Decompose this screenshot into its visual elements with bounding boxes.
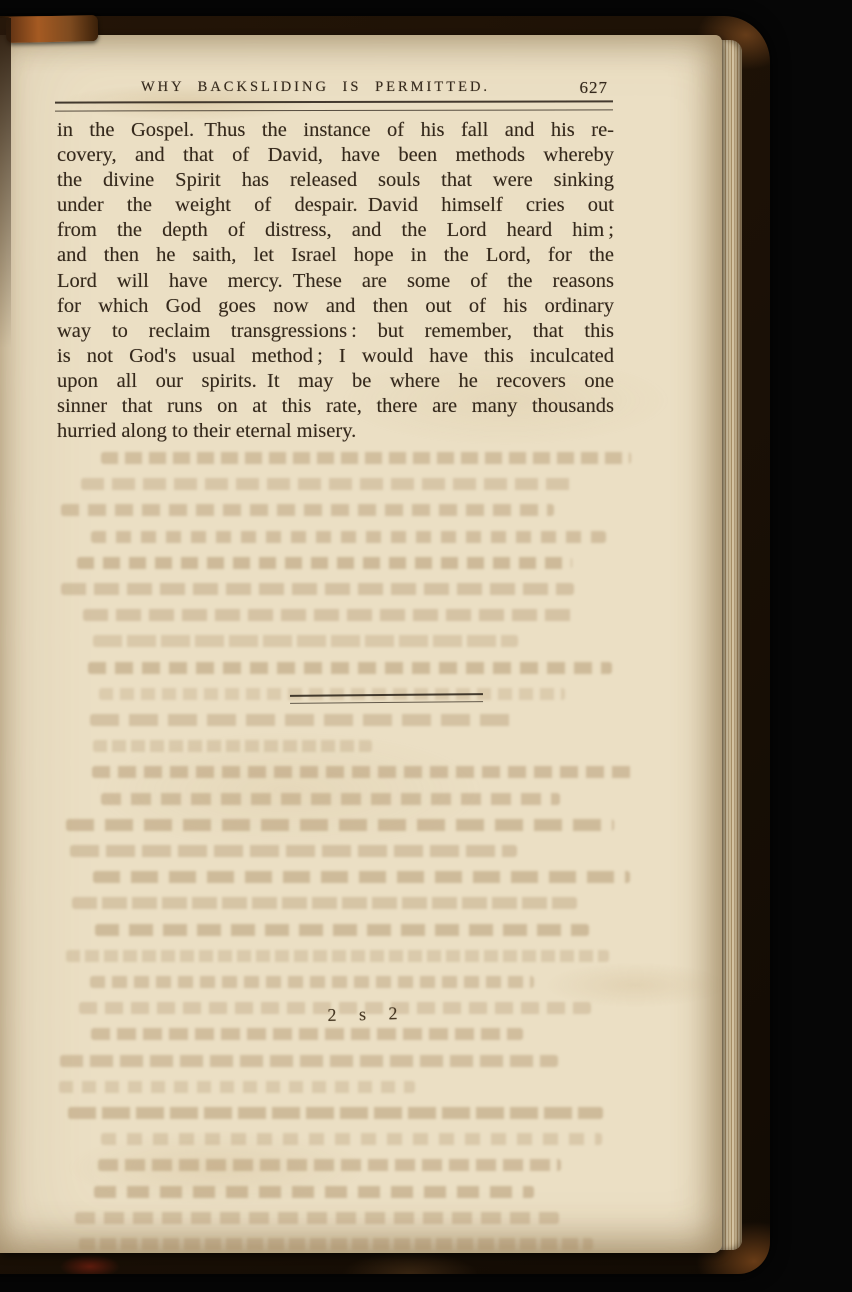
bleedthrough-line — [90, 976, 534, 988]
bleedthrough-line — [61, 504, 553, 516]
body-text-line: way to reclaim transgressions : but reme… — [57, 319, 614, 344]
header-double-rule — [55, 100, 613, 111]
body-text-line: sinner that runs on at this rate, there … — [57, 394, 614, 419]
bleedthrough-line — [75, 1212, 558, 1224]
body-text-line: hurried along to their eternal misery. — [57, 419, 614, 444]
bleedthrough-line — [88, 662, 612, 674]
body-text-line: Lord will have mercy. These are some of … — [57, 269, 614, 294]
running-header: WHY BACKSLIDING IS PERMITTED. 627 — [57, 79, 614, 101]
body-text-line: and then he saith, let Israel hope in th… — [57, 243, 614, 268]
gutter-shadow — [0, 18, 11, 348]
body-text-line: in the Gospel. Thus the instance of his … — [57, 118, 614, 143]
body-text-line: for which God goes now and then out of h… — [57, 294, 614, 319]
bleedthrough-line — [59, 1081, 415, 1093]
cover-corner-wear — [6, 15, 99, 43]
body-text-line: is not God's usual method ; I would have… — [57, 344, 614, 369]
bleedthrough-line — [92, 766, 632, 778]
bleedthrough-line — [83, 609, 574, 621]
bleedthrough-line — [66, 950, 609, 962]
bleedthrough-line — [91, 1028, 523, 1040]
section-divider-rule — [290, 693, 483, 704]
bleedthrough-line — [77, 557, 572, 569]
bleedthrough-line — [61, 583, 574, 595]
bleedthrough-line — [95, 924, 589, 936]
bleedthrough-line — [60, 1055, 558, 1067]
bleedthrough-line — [72, 897, 577, 909]
printers-signature-mark: 2 s 2 — [287, 1002, 447, 1027]
body-text-line: from the depth of distress, and the Lord… — [57, 218, 614, 243]
bleedthrough-line — [98, 1159, 561, 1171]
bleedthrough-line — [101, 452, 632, 464]
bleedthrough-line — [79, 1238, 593, 1250]
body-text-line: upon all our spirits. It may be where he… — [57, 369, 614, 394]
bleedthrough-line — [90, 714, 517, 726]
bleedthrough-line — [101, 793, 560, 805]
page-number: 627 — [580, 78, 609, 98]
bleedthrough-line — [68, 1107, 603, 1119]
body-text-line: under the weight of despair. David himse… — [57, 193, 614, 218]
bleedthrough-line — [93, 871, 630, 883]
running-title: WHY BACKSLIDING IS PERMITTED. — [57, 79, 574, 96]
bleedthrough-line — [101, 1133, 602, 1145]
bleedthrough-line — [93, 740, 372, 752]
bleedthrough-line — [66, 819, 614, 831]
body-text: in the Gospel. Thus the instance of his … — [57, 118, 614, 444]
bleedthrough-line — [93, 635, 518, 647]
bleedthrough-line — [81, 478, 576, 490]
bleedthrough-line — [94, 1186, 535, 1198]
body-text-line: the divine Spirit has released souls tha… — [57, 168, 614, 193]
scanned-book-photo: WHY BACKSLIDING IS PERMITTED. 627 in the… — [0, 0, 852, 1292]
bleedthrough-line — [91, 531, 606, 543]
body-text-line: covery, and that of David, have been met… — [57, 143, 614, 168]
bleedthrough-line — [70, 845, 518, 857]
book-page: WHY BACKSLIDING IS PERMITTED. 627 in the… — [0, 35, 722, 1253]
